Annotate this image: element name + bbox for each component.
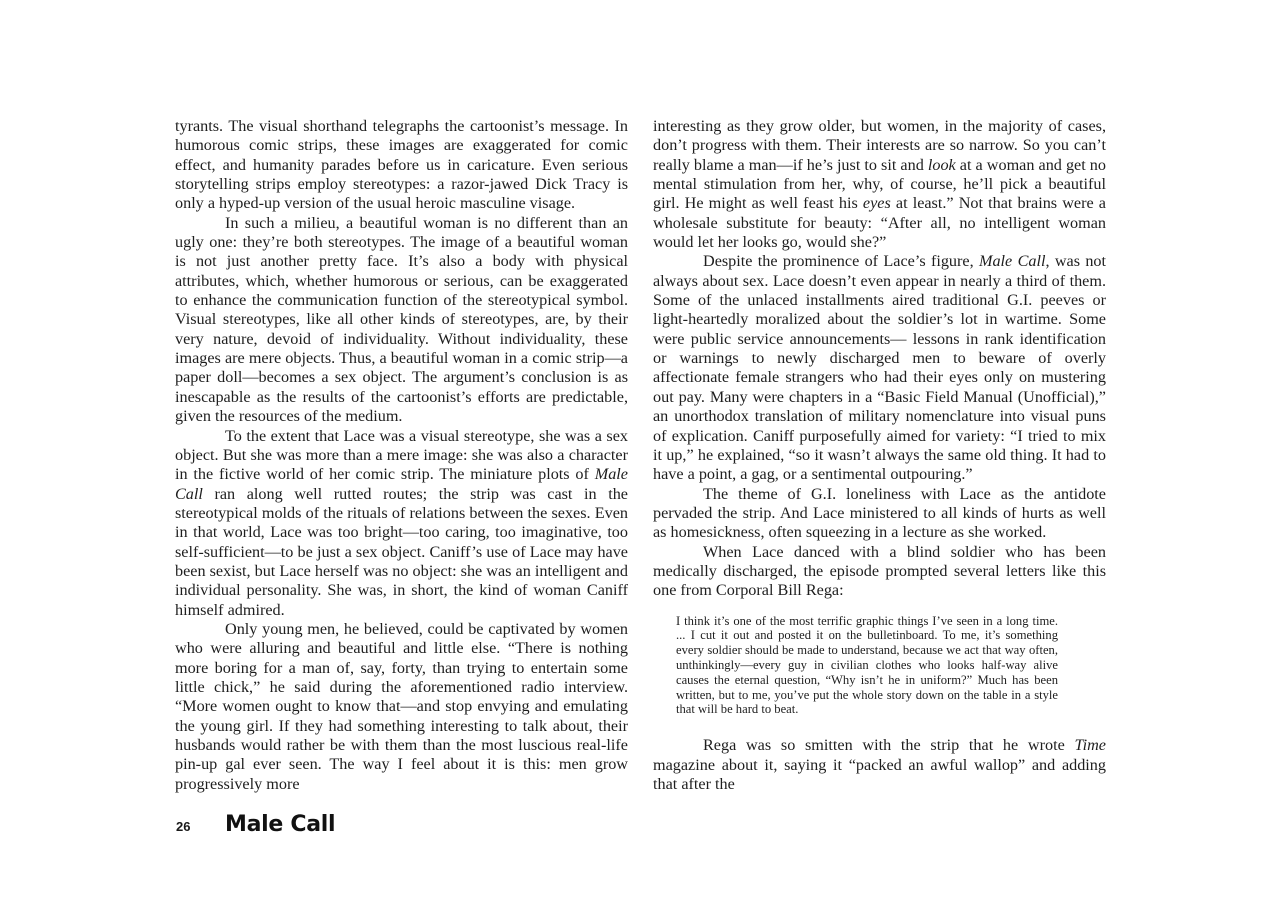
page-footer: 26 Male Call [176,812,335,842]
italic-title: look [928,156,956,174]
letter-blockquote: I think it’s one of the most terrific gr… [676,614,1058,718]
paragraph: Despite the prominence of Lace’s figure,… [653,252,1106,484]
right-text-column: interesting as they grow older, but wome… [653,117,1106,794]
paragraph: Rega was so smitten with the strip that … [653,736,1106,794]
page-number: 26 [176,819,225,834]
book-page: tyrants. The visual shorthand telegraphs… [0,0,1280,905]
paragraph: In such a milieu, a beautiful woman is n… [175,214,628,427]
paragraph: When Lace danced with a blind soldier wh… [653,543,1106,601]
paragraph: interesting as they grow older, but wome… [653,117,1106,252]
left-text-column: tyrants. The visual shorthand telegraphs… [175,117,628,794]
italic-title: Male Call [979,252,1045,270]
paragraph: To the extent that Lace was a visual ste… [175,427,628,620]
paragraph: The theme of G.I. loneliness with Lace a… [653,485,1106,543]
running-title: Male Call [225,812,335,837]
italic-title: Male Call [175,465,628,502]
paragraph: Only young men, he believed, could be ca… [175,620,628,794]
paragraph: tyrants. The visual shorthand telegraphs… [175,117,628,214]
italic-title: Time [1075,736,1106,754]
italic-title: eyes [863,194,891,212]
